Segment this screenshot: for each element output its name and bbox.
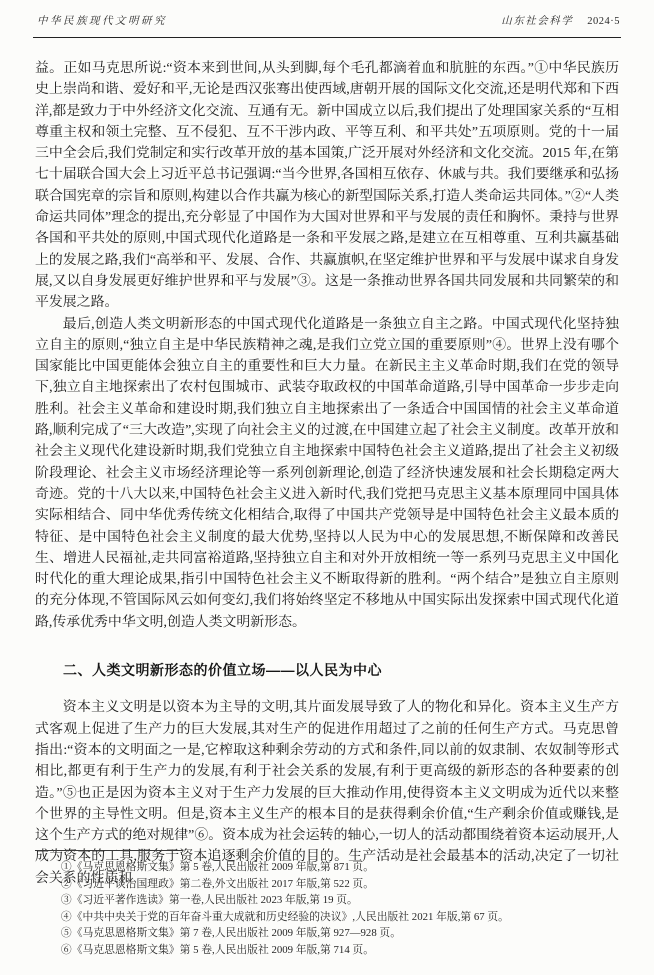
column-title: 中华民族现代文明研究 [37, 13, 167, 28]
article-body: 益。正如马克思所说:“资本来到世间,从头到脚,每个毛孔都滴着血和肮脏的东西。”①… [35, 58, 619, 889]
header-right: 山东社会科学 2024·5 [501, 13, 620, 28]
body-paragraph-1: 益。正如马克思所说:“资本来到世间,从头到脚,每个毛孔都滴着血和肮脏的东西。”①… [35, 58, 619, 314]
footnote-divider [35, 850, 183, 851]
footnote-item: ⑥《马克思恩格斯文集》第 5 卷,人民出版社 2009 年版,第 714 页。 [35, 942, 619, 959]
body-paragraph-2: 最后,创造人类文明新形态的中国式现代化道路是一条独立自主之路。中国式现代化坚持独… [35, 314, 619, 633]
journal-name: 山东社会科学 [501, 13, 573, 28]
footnote-item: ③《习近平著作选读》第一卷,人民出版社 2023 年版,第 19 页。 [35, 892, 619, 909]
journal-page: 中华民族现代文明研究 山东社会科学 2024·5 益。正如马克思所说:“资本来到… [0, 0, 654, 975]
footnote-item: ②《习近平谈治国理政》第二卷,外文出版社 2017 年版,第 522 页。 [35, 876, 619, 893]
footnote-item: ④《中共中央关于党的百年奋斗重大成就和历史经验的决议》,人民出版社 2021 年… [35, 909, 619, 926]
footnote-item: ⑤《马克思恩格斯文集》第 7 卷,人民出版社 2009 年版,第 927—928… [35, 925, 619, 942]
section-heading: 二、人类文明新形态的价值立场——以人民为中心 [35, 660, 619, 681]
footnote-item: ①《马克思恩格斯文集》第 5 卷,人民出版社 2009 年版,第 871 页。 [35, 859, 619, 876]
page-header: 中华民族现代文明研究 山东社会科学 2024·5 [37, 13, 620, 28]
footnotes-section: ①《马克思恩格斯文集》第 5 卷,人民出版社 2009 年版,第 871 页。 … [35, 850, 619, 958]
issue-number: 2024·5 [587, 16, 620, 27]
header-divider [33, 37, 621, 38]
